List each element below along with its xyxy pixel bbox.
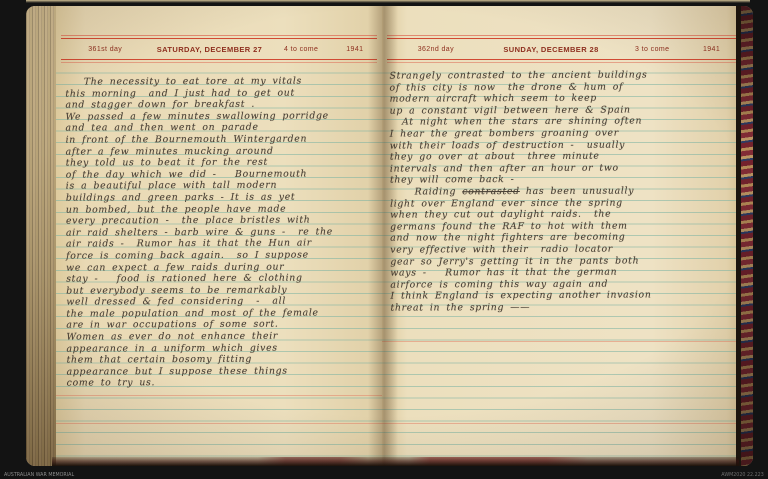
book: 361st day SATURDAY, DECEMBER 27 4 to com… (26, 6, 753, 466)
handwriting-line: with their loads of destruction - usuall… (390, 139, 651, 152)
handwriting-line: of this city is now the drone & hum of (390, 81, 651, 94)
archive-credit: AUSTRALIAN WAR MEMORIAL (4, 472, 74, 477)
left-page: 361st day SATURDAY, DECEMBER 27 4 to com… (56, 6, 382, 466)
handwriting-line: every precaution - the place bristles wi… (66, 215, 333, 228)
book-bottom-edge (52, 457, 739, 466)
handwriting-line: in front of the Bournemouth Wintergarden (66, 133, 333, 146)
handwriting-line: force is coming back again. so I suppose (66, 249, 333, 262)
handwriting-line: ways - Rumor has it that the german (390, 267, 651, 280)
handwriting-line: intervals and then after an hour or two (390, 162, 651, 175)
handwriting-line: Strangely contrasted to the ancient buil… (389, 69, 650, 82)
book-top-edge (26, 0, 750, 3)
cover-marbled-edge (741, 6, 753, 466)
date-label: SATURDAY, DECEMBER 27 (149, 45, 269, 54)
printed-red-rule (382, 423, 741, 424)
handwriting-block-left: The necessity to eat tore at my vitalsth… (65, 75, 333, 389)
days-to-come: 3 to come (617, 46, 687, 53)
handwriting-block-right: Strangely contrasted to the ancient buil… (389, 69, 651, 314)
handwriting-line: I think England is expecting another inv… (390, 290, 651, 303)
handwriting-line: The necessity to eat tore at my vitals (65, 75, 332, 88)
handwriting-line: We passed a few minutes swallowing porri… (65, 110, 332, 123)
right-page: 362nd day SUNDAY, DECEMBER 28 3 to come … (382, 6, 741, 466)
handwriting-line: of the day which we did - Bournemouth (66, 168, 333, 181)
handwriting-line: very effective with their radio locator (390, 243, 651, 256)
page-header-left: 361st day SATURDAY, DECEMBER 27 4 to com… (61, 38, 377, 60)
page-edge-stack (26, 6, 56, 466)
handwriting-line: come to try us. (67, 377, 334, 390)
printed-red-rule (56, 395, 382, 396)
handwriting-line: and now the night fighters are becoming (390, 232, 651, 245)
printed-red-rule (382, 341, 741, 342)
diary-photo: 361st day SATURDAY, DECEMBER 27 4 to com… (0, 0, 768, 479)
handwriting-line: Raiding contrasted has been unusually (390, 185, 651, 198)
handwriting-line: I hear the great bombers groaning over (390, 127, 651, 140)
page-header-right: 362nd day SUNDAY, DECEMBER 28 3 to come … (387, 38, 736, 60)
handwriting-line: this morning and I just had to get out (65, 87, 332, 100)
archive-reference: AWM2020 22.223 (722, 472, 764, 477)
day-number: 361st day (61, 46, 149, 53)
year-label: 1941 (687, 46, 736, 53)
days-to-come: 4 to come (270, 46, 333, 53)
handwriting-line: buildings and green parks - It is as yet (66, 191, 333, 204)
handwriting-line: air raids - Rumor has it that the Hun ai… (66, 238, 333, 251)
day-number: 362nd day (387, 46, 485, 53)
handwriting-line: the male population and most of the fema… (66, 307, 333, 320)
handwriting-line: stay - food is rationed here & clothing (66, 273, 333, 286)
gutter-shadow (368, 6, 398, 466)
handwriting-line: light over England ever since the spring (390, 197, 651, 210)
handwriting-line: threat in the spring —— (390, 301, 651, 314)
printed-red-rule (56, 423, 382, 424)
date-label: SUNDAY, DECEMBER 28 (485, 45, 618, 54)
